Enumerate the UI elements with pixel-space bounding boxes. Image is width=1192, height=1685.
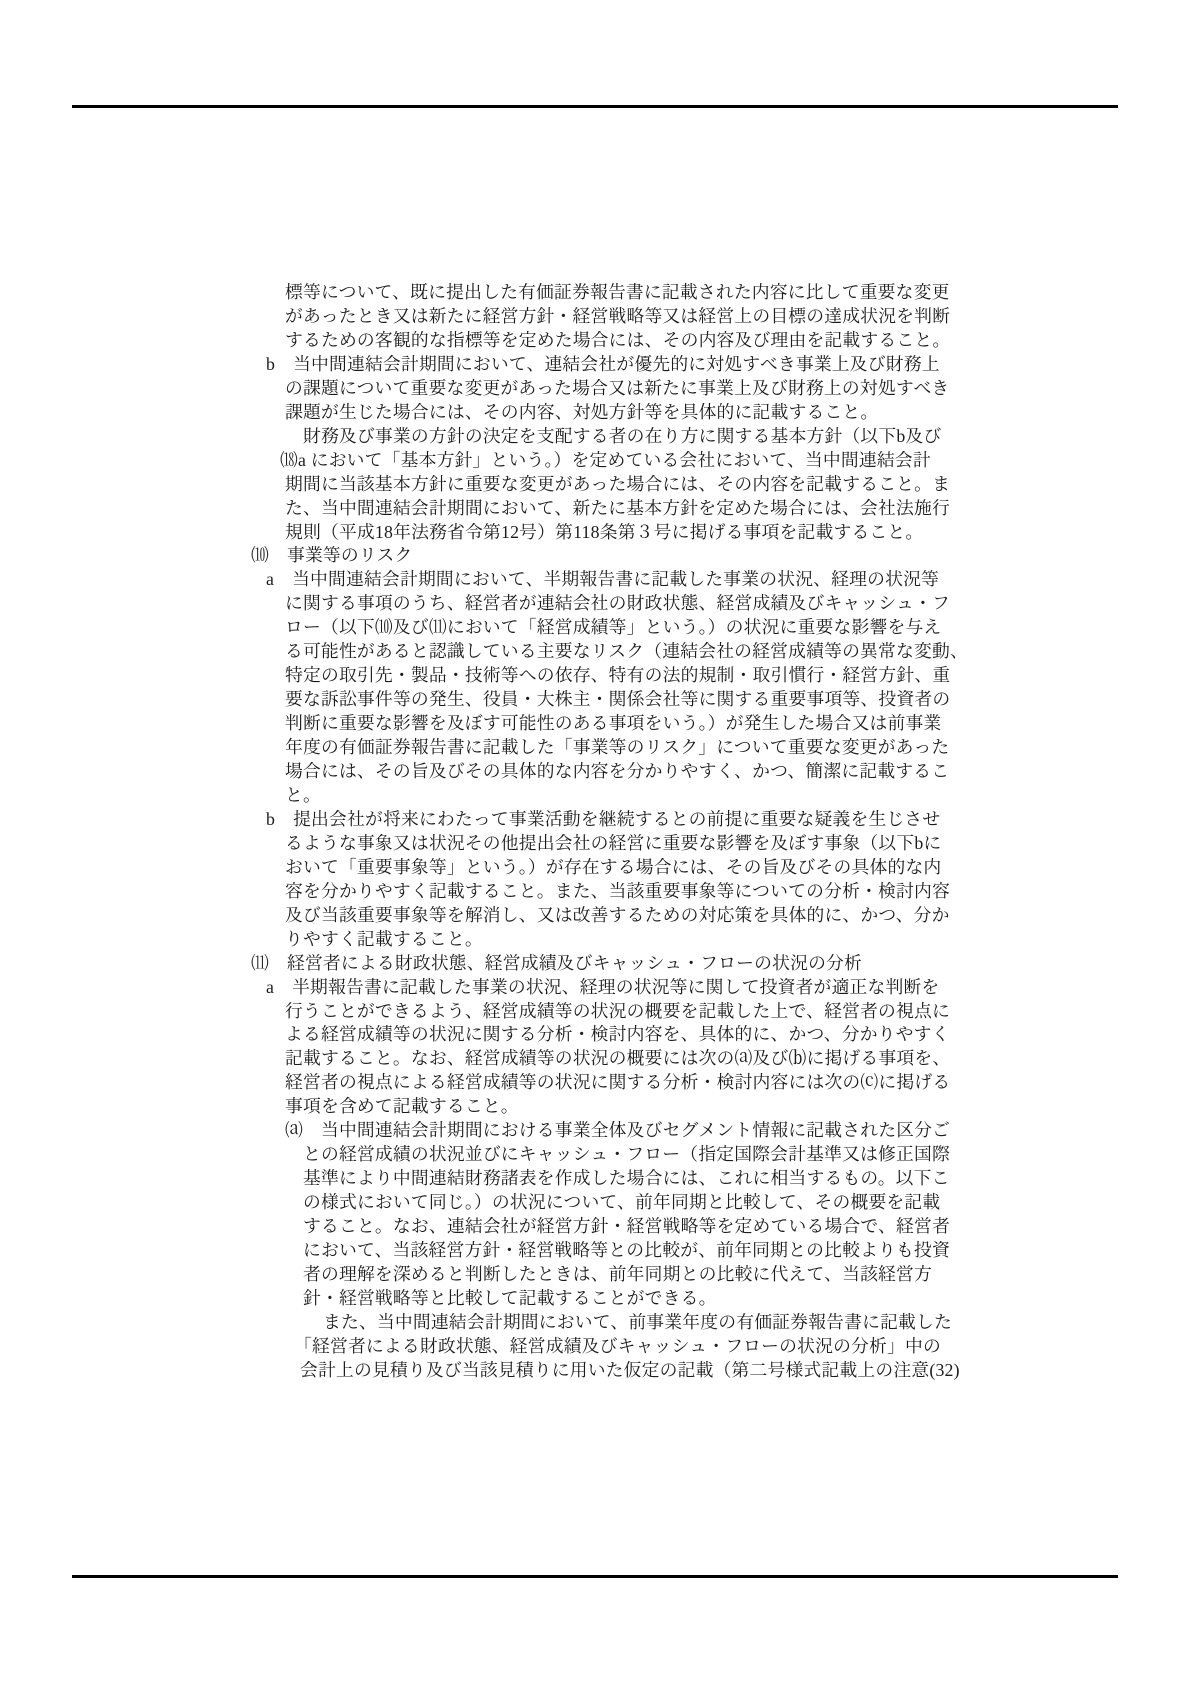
text-line-24: るような事象又は状況その他提出会社の経営に重要な影響を及ぼす事象（以下bに bbox=[285, 832, 941, 856]
text-line-1: 標等について、既に提出した有価証券報告書に記載された内容に比して重要な変更 bbox=[285, 281, 950, 305]
text-line-45: 「経営者による財政状態、経営成績及びキャッシュ・フローの状況の分析」中の bbox=[294, 1335, 941, 1359]
text-line-6: 課題が生じた場合には、その内容、対処方針等を具体的に記載すること。 bbox=[285, 401, 878, 425]
text-line-26: 容を分かりやすく記載すること。また、当該重要事象等についての分析・検討内容 bbox=[285, 880, 950, 904]
page-bottom-rule bbox=[72, 1575, 1118, 1578]
text-line-43: 針・経営戦略等と比較して記載することができる。 bbox=[303, 1287, 717, 1311]
text-line-14: に関する事項のうち、経営者が連結会社の財政状態、経営成績及びキャッシュ・フ bbox=[285, 592, 950, 616]
text-line-33: 記載すること。なお、経営成績等の状況の概要には次の⒜及び⒝に掲げる事項を、 bbox=[285, 1047, 950, 1071]
text-line-15: ロー（以下⑽及び⑾において「経営成績等」という。）の状況に重要な影響を与え bbox=[285, 616, 941, 640]
text-line-18: 要な訴訟事件等の発生、役員・大株主・関係会社等に関する重要事項等、投資者の bbox=[285, 688, 950, 712]
text-line-40: すること。なお、連結会社が経営方針・経営戦略等を定めている場合で、経営者 bbox=[303, 1215, 950, 1239]
text-line-42: 者の理解を深めると判断したときは、前年同期との比較に代えて、当該経営方 bbox=[303, 1263, 932, 1287]
text-line-39: の様式において同じ。）の状況について、前年同期と比較して、その概要を記載 bbox=[303, 1191, 940, 1215]
text-line-41: において、当該経営方針・経営戦略等との比較が、前年同期との比較よりも投資 bbox=[303, 1239, 950, 1263]
text-line-13: a 当中間連結会計期間において、半期報告書に記載した事業の状況、経理の状況等 bbox=[266, 568, 939, 592]
text-line-34: 経営者の視点による経営成績等の状況に関する分析・検討内容には次の⒞に掲げる bbox=[285, 1071, 950, 1095]
text-line-3: するための客観的な指標等を定めた場合には、その内容及び理由を記載すること。 bbox=[285, 329, 950, 353]
text-line-17: 特定の取引先・製品・技術等への依存、特有の法的規制・取引慣行・経営方針、重 bbox=[285, 664, 950, 688]
text-line-4: b 当中間連結会計期間において、連結会社が優先的に対処すべき事業上及び財務上 bbox=[266, 353, 940, 377]
text-line-32: よる経営成績等の状況に関する分析・検討内容を、具体的に、かつ、分かりやすく bbox=[285, 1023, 950, 1047]
text-line-35: 事項を含めて記載すること。 bbox=[285, 1095, 519, 1119]
text-line-20: 年度の有価証券報告書に記載した「事業等のリスク」について重要な変更があった bbox=[285, 736, 949, 760]
text-line-19: 判断に重要な影響を及ぼす可能性のある事項をいう。）が発生した場合又は前事業 bbox=[285, 712, 941, 736]
text-line-37: との経営成績の状況並びにキャッシュ・フロー（指定国際会計基準又は修正国際 bbox=[303, 1143, 950, 1167]
text-line-16: る可能性があると認識している主要なリスク（連結会社の経営成績等の異常な変動、 bbox=[285, 640, 968, 664]
text-line-28: りやすく記載すること。 bbox=[285, 928, 483, 952]
text-line-29: ⑾ 経営者による財政状態、経営成績及びキャッシュ・フローの状況の分析 bbox=[251, 952, 862, 976]
text-line-11: 規則（平成18年法務省令第12号）第118条第３号に掲げる事項を記載すること。 bbox=[285, 521, 923, 545]
body-text-block: 標等について、既に提出した有価証券報告書に記載された内容に比して重要な変更があっ… bbox=[0, 0, 1192, 1685]
text-line-44: また、当中間連結会計期間において、前事業年度の有価証券報告書に記載した bbox=[323, 1311, 952, 1335]
text-line-25: おいて「重要事象等」という。）が存在する場合には、その旨及びその具体的な内 bbox=[285, 856, 941, 880]
text-line-10: た、当中間連結会計期間において、新たに基本方針を定めた場合には、会社法施行 bbox=[285, 497, 950, 521]
text-line-27: 及び当該重要事象等を解消し、又は改善するための対応策を具体的に、かつ、分か bbox=[285, 904, 950, 928]
text-line-36: ⒜ 当中間連結会計期間における事業全体及びセグメント情報に記載された区分ご bbox=[285, 1119, 950, 1143]
text-line-2: があったとき又は新たに経営方針・経営戦略等又は経営上の目標の達成状況を判断 bbox=[285, 305, 950, 329]
text-line-7: 財務及び事業の方針の決定を支配する者の在り方に関する基本方針（以下b及び bbox=[303, 425, 941, 449]
text-line-23: b 提出会社が将来にわたって事業活動を継続するとの前提に重要な疑義を生じさせ bbox=[266, 808, 940, 832]
text-line-21: 場合には、その旨及びその具体的な内容を分かりやすく、かつ、簡潔に記載するこ bbox=[285, 760, 949, 784]
text-line-31: 行うことができるよう、経営成績等の状況の概要を記載した上で、経営者の視点に bbox=[285, 1000, 950, 1024]
text-line-30: a 半期報告書に記載した事業の状況、経理の状況等に関して投資者が適正な判断を bbox=[266, 976, 939, 1000]
text-line-8: ⒅a において「基本方針」という。）を定めている会社において、当中間連結会計 bbox=[280, 449, 931, 473]
text-line-46: 会計上の見積り及び当該見積りに用いた仮定の記載（第二号様式記載上の注意(32) bbox=[300, 1359, 960, 1383]
text-line-5: の課題について重要な変更があった場合又は新たに事業上及び財務上の対処すべき bbox=[285, 377, 949, 401]
text-line-9: 期間に当該基本方針に重要な変更があった場合には、その内容を記載すること。ま bbox=[285, 473, 950, 497]
document-page: 標等について、既に提出した有価証券報告書に記載された内容に比して重要な変更があっ… bbox=[0, 0, 1192, 1685]
text-line-38: 基準により中間連結財務諸表を作成した場合には、これに相当するもの。以下こ bbox=[303, 1167, 950, 1191]
text-line-12: ⑽ 事業等のリスク bbox=[251, 544, 412, 568]
text-line-22: と。 bbox=[285, 784, 321, 808]
